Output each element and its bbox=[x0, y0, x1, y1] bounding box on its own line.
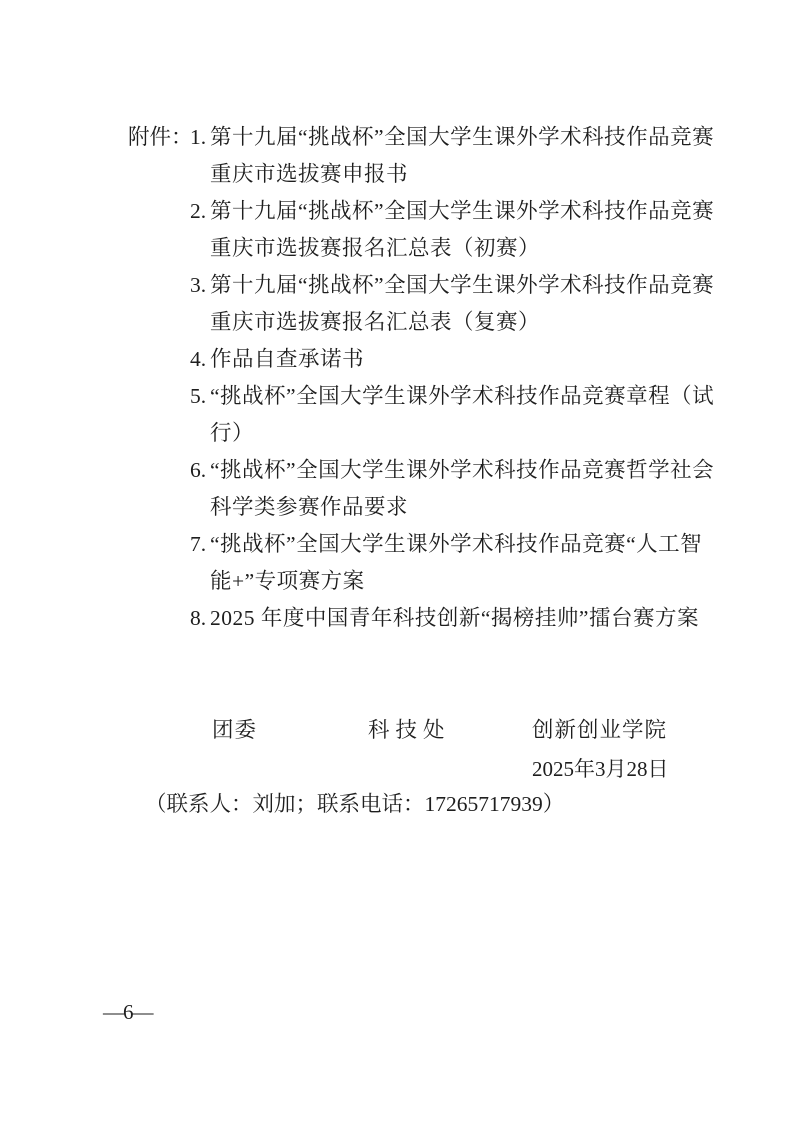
attachment-item-6-number: 6. bbox=[190, 452, 210, 489]
attachment-item-7-line-1: 7.“挑战杯”全国大学生课外学术科技作品竞赛“人工智 bbox=[190, 526, 756, 563]
attachment-item-3-text: 第十九届“挑战杯”全国大学生课外学术科技作品竞赛 bbox=[210, 273, 714, 297]
attachment-item-2-number: 2. bbox=[190, 193, 210, 230]
attachment-item-6-text: “挑战杯”全国大学生课外学术科技作品竞赛哲学社会 bbox=[210, 458, 714, 482]
document-page: 附件： 1.第十九届“挑战杯”全国大学生课外学术科技作品竞赛 重庆市选拔赛申报书… bbox=[0, 0, 794, 1123]
attachment-item-2: 2.第十九届“挑战杯”全国大学生课外学术科技作品竞赛 重庆市选拔赛报名汇总表（初… bbox=[190, 193, 756, 267]
attachment-item-8: 8.2025 年度中国青年科技创新“揭榜挂帅”擂台赛方案 bbox=[190, 600, 756, 637]
attachment-item-1-line-2: 重庆市选拔赛申报书 bbox=[210, 156, 756, 193]
attachment-item-7-line-2: 能+”专项赛方案 bbox=[210, 563, 756, 600]
attachment-item-3-line-1: 3.第十九届“挑战杯”全国大学生课外学术科技作品竞赛 bbox=[190, 267, 756, 304]
attachment-item-2-line-1: 2.第十九届“挑战杯”全国大学生课外学术科技作品竞赛 bbox=[190, 193, 756, 230]
attachment-item-2-text: 第十九届“挑战杯”全国大学生课外学术科技作品竞赛 bbox=[210, 199, 714, 223]
attachments-list: 附件： 1.第十九届“挑战杯”全国大学生课外学术科技作品竞赛 重庆市选拔赛申报书… bbox=[190, 119, 756, 637]
attachment-item-1-line-1: 1.第十九届“挑战杯”全国大学生课外学术科技作品竞赛 bbox=[190, 119, 756, 156]
attachment-item-1-number: 1. bbox=[190, 119, 210, 156]
attachment-item-1: 1.第十九届“挑战杯”全国大学生课外学术科技作品竞赛 重庆市选拔赛申报书 bbox=[190, 119, 756, 193]
attachment-item-5-line-2: 行） bbox=[210, 415, 756, 452]
page-number: —6— bbox=[103, 1000, 153, 1024]
attachment-item-1-text: 第十九届“挑战杯”全国大学生课外学术科技作品竞赛 bbox=[210, 125, 714, 149]
attachment-item-4-text: 作品自查承诺书 bbox=[210, 347, 364, 371]
attachment-item-3: 3.第十九届“挑战杯”全国大学生课外学术科技作品竞赛 重庆市选拔赛报名汇总表（复… bbox=[190, 267, 756, 341]
attachment-item-7-number: 7. bbox=[190, 526, 210, 563]
attachment-item-3-line-2: 重庆市选拔赛报名汇总表（复赛） bbox=[210, 304, 756, 341]
attachment-item-3-number: 3. bbox=[190, 267, 210, 304]
signature-date: 2025年3月28日 bbox=[532, 755, 669, 783]
attachment-item-6-line-2: 科学类参赛作品要求 bbox=[210, 489, 756, 526]
attachment-item-4: 4.作品自查承诺书 bbox=[190, 341, 756, 378]
attachment-item-5-number: 5. bbox=[190, 378, 210, 415]
attachment-item-2-line-2: 重庆市选拔赛报名汇总表（初赛） bbox=[210, 230, 756, 267]
attachment-item-5-text: “挑战杯”全国大学生课外学术科技作品竞赛章程（试 bbox=[210, 384, 714, 408]
attachment-item-7-text: “挑战杯”全国大学生课外学术科技作品竞赛“人工智 bbox=[210, 532, 702, 556]
signature-department-science-tech-office: 科技处 bbox=[368, 716, 451, 744]
signature-department-youth-league: 团委 bbox=[212, 716, 257, 744]
attachment-item-5-line-1: 5.“挑战杯”全国大学生课外学术科技作品竞赛章程（试 bbox=[190, 378, 756, 415]
contact-info: （联系人：刘加；联系电话：17265717939） bbox=[145, 790, 564, 818]
attachment-item-6-line-1: 6.“挑战杯”全国大学生课外学术科技作品竞赛哲学社会 bbox=[190, 452, 756, 489]
signature-department-innovation-college: 创新创业学院 bbox=[532, 716, 667, 744]
attachment-item-6: 6.“挑战杯”全国大学生课外学术科技作品竞赛哲学社会 科学类参赛作品要求 bbox=[190, 452, 756, 526]
attachment-item-8-number: 8. bbox=[190, 600, 210, 637]
attachment-item-7: 7.“挑战杯”全国大学生课外学术科技作品竞赛“人工智 能+”专项赛方案 bbox=[190, 526, 756, 600]
attachments-label: 附件： bbox=[128, 119, 193, 156]
attachment-item-8-text: 2025 年度中国青年科技创新“揭榜挂帅”擂台赛方案 bbox=[210, 606, 699, 630]
attachment-item-5: 5.“挑战杯”全国大学生课外学术科技作品竞赛章程（试 行） bbox=[190, 378, 756, 452]
attachment-item-8-line-1: 8.2025 年度中国青年科技创新“揭榜挂帅”擂台赛方案 bbox=[190, 600, 756, 637]
attachment-item-4-number: 4. bbox=[190, 341, 210, 378]
attachment-item-4-line-1: 4.作品自查承诺书 bbox=[190, 341, 756, 378]
